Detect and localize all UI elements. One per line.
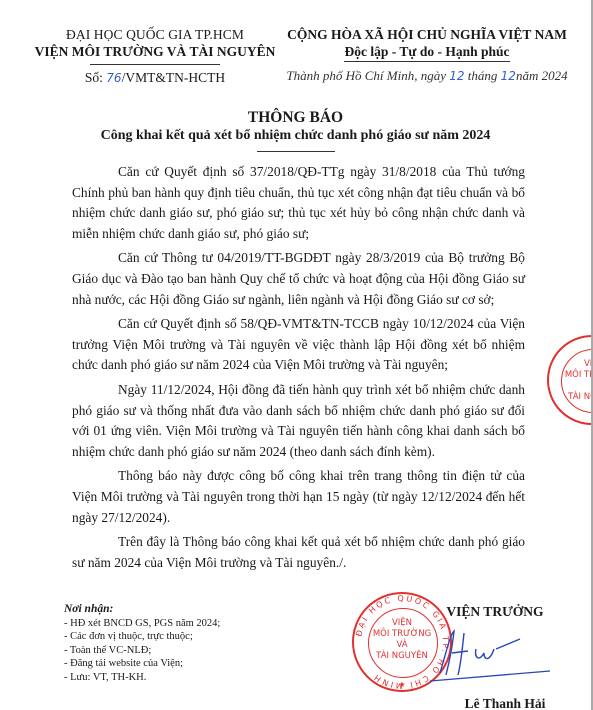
- date-month: 12: [501, 69, 516, 83]
- recipient-item: - Đăng tải website của Viện;: [64, 657, 304, 671]
- recipient-item: - HĐ xét BNCD GS, PGS năm 2024;: [64, 617, 304, 631]
- recipients-block: Nơi nhận: - HĐ xét BNCD GS, PGS năm 2024…: [64, 603, 304, 684]
- document-body: Căn cứ Quyết định số 37/2018/QĐ-TTg ngày…: [72, 162, 525, 577]
- doc-no-suffix: /VMT&TN-HCTH: [122, 70, 226, 85]
- svg-text:★: ★: [398, 680, 405, 689]
- body-paragraph: Căn cứ Quyết định số 58/QĐ-VMT&TN-TCCB n…: [72, 314, 525, 376]
- body-paragraph: Thông báo này được công bố công khai trê…: [72, 466, 525, 528]
- doc-no-prefix: Số:: [85, 70, 106, 85]
- header-right: CỘNG HÒA XÃ HỘI CHỦ NGHĨA VIỆT NAM Độc l…: [282, 26, 572, 85]
- national-title: CỘNG HÒA XÃ HỘI CHỦ NGHĨA VIỆT NAM: [282, 26, 572, 43]
- body-paragraph: Trên đây là Thông báo công khai kết quả …: [72, 532, 525, 573]
- document-page: ĐẠI HỌC QUỐC GIA TP.HCM VIỆN MÔI TRƯỜNG …: [0, 0, 591, 710]
- document-title: THÔNG BÁO Công khai kết quả xét bổ nhiệm…: [0, 109, 591, 152]
- edge-stamp-text: VIỆN MÔI TRƯỜNG TÀI NGUYÊN: [561, 359, 593, 403]
- body-paragraph: Căn cứ Quyết định số 37/2018/QĐ-TTg ngày…: [72, 162, 525, 244]
- title-main: THÔNG BÁO: [0, 109, 591, 127]
- edge-stamp-icon: VIỆN MÔI TRƯỜNG TÀI NGUYÊN: [547, 335, 593, 425]
- title-divider: [257, 151, 335, 152]
- header-left: ĐẠI HỌC QUỐC GIA TP.HCM VIỆN MÔI TRƯỜNG …: [30, 26, 280, 87]
- title-subtitle: Công khai kết quả xét bổ nhiệm chức danh…: [0, 127, 591, 145]
- document-date: Thành phố Hồ Chí Minh, ngày 12 tháng 12n…: [282, 67, 572, 85]
- body-paragraph: Căn cứ Thông tư 04/2019/TT-BGDĐT ngày 28…: [72, 248, 525, 310]
- national-motto: Độc lập - Tự do - Hạnh phúc: [344, 43, 509, 62]
- signature-icon: [410, 623, 560, 693]
- signer-role: VIỆN TRƯỞNG: [380, 603, 580, 620]
- recipient-item: - Lưu: VT, TH-KH.: [64, 671, 304, 685]
- recipient-item: - Các đơn vị thuộc, trực thuộc;: [64, 630, 304, 644]
- header-divider: [90, 64, 220, 65]
- recipient-item: - Toàn thể VC-NLĐ;: [64, 644, 304, 658]
- date-day: 12: [449, 69, 464, 83]
- date-suffix: năm 2024: [516, 68, 568, 83]
- org-name: VIỆN MÔI TRƯỜNG VÀ TÀI NGUYÊN: [30, 43, 280, 60]
- signature-block: VIỆN TRƯỞNG Lê Thanh Hải: [380, 603, 580, 620]
- document-number: Số: 76/VMT&TN-HCTH: [30, 69, 280, 87]
- body-paragraph: Ngày 11/12/2024, Hội đồng đã tiến hành q…: [72, 380, 525, 462]
- signer-name: Lê Thanh Hải: [430, 696, 580, 710]
- doc-no-handwritten: 76: [106, 71, 121, 85]
- date-prefix: Thành phố Hồ Chí Minh, ngày: [286, 68, 449, 83]
- date-mid: tháng: [465, 68, 501, 83]
- recipients-heading: Nơi nhận:: [64, 603, 304, 617]
- org-parent: ĐẠI HỌC QUỐC GIA TP.HCM: [30, 26, 280, 43]
